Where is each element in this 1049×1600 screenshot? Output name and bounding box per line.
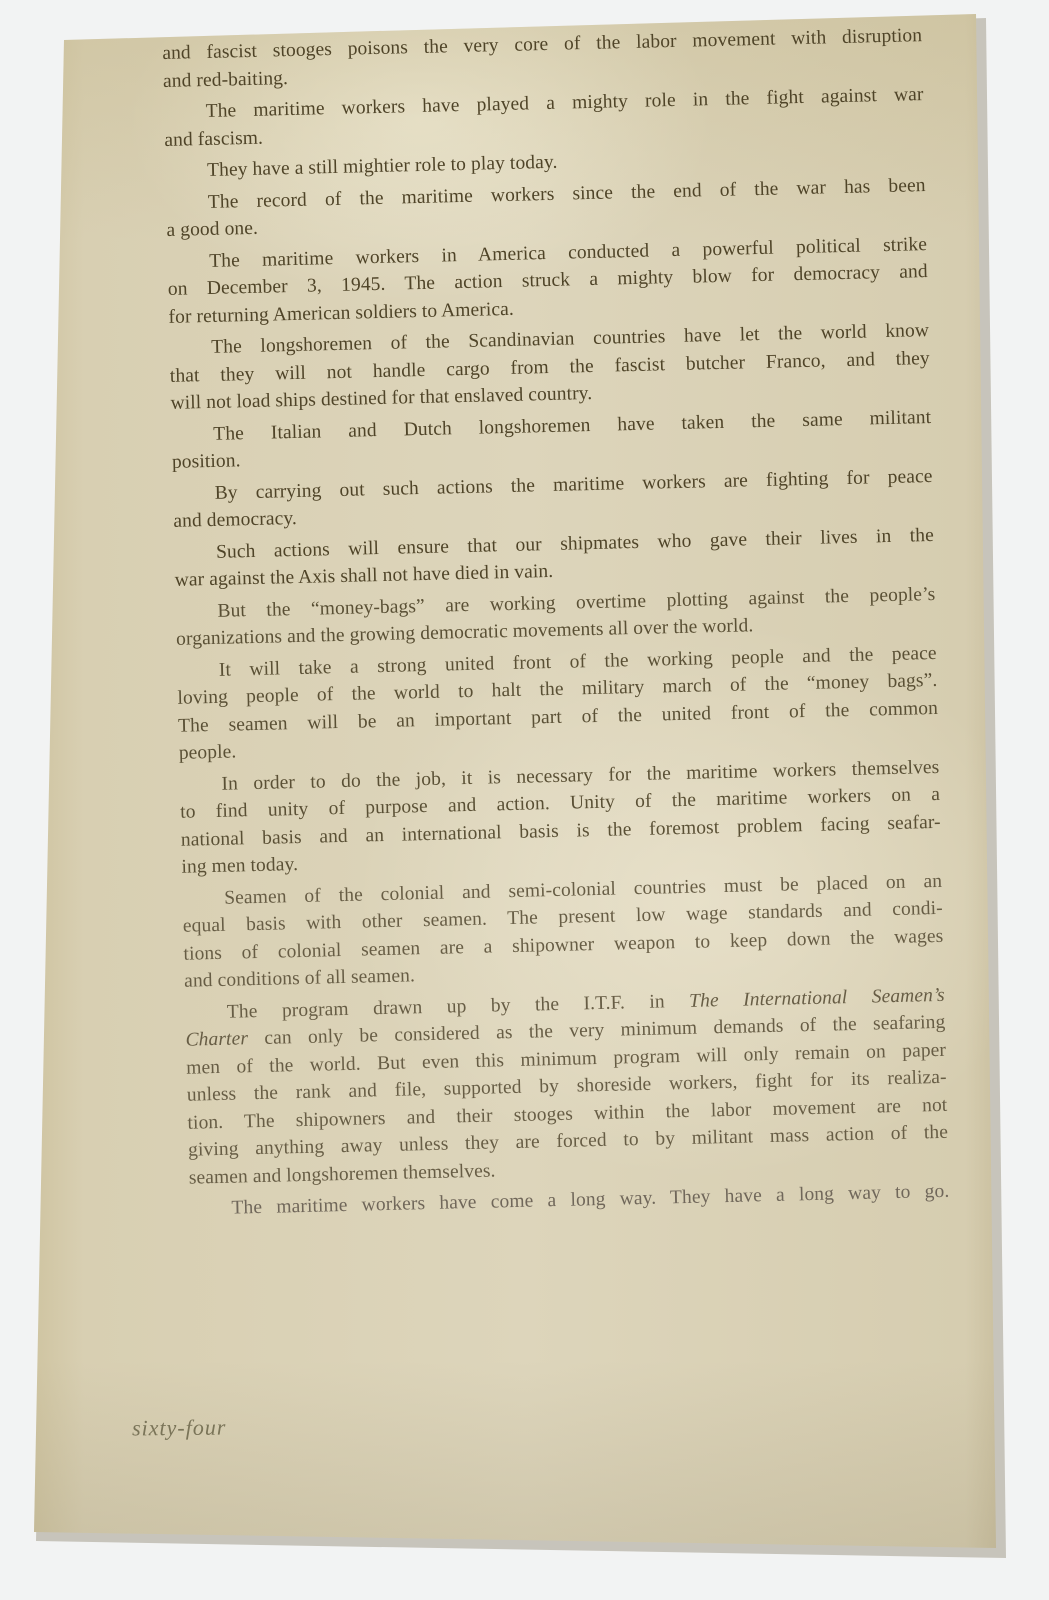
paragraph: The longshoremen of the Scandinavian cou…	[169, 317, 931, 417]
paragraph: The program drawn up by the I.T.F. in Th…	[185, 981, 949, 1191]
body-text: and fascist stooges poisons the very cor…	[162, 22, 950, 1227]
paragraph: In order to do the job, it is necessary …	[179, 753, 941, 881]
book-title-italic: The International Seamen’s	[689, 984, 945, 1011]
page-number: sixty-four	[132, 1415, 227, 1442]
book-title-italic: Charter	[185, 1028, 248, 1050]
paragraph: The maritime workers in America conducte…	[167, 231, 929, 331]
photo-scene: and fascist stooges poisons the very cor…	[0, 0, 1049, 1600]
paragraph: Seamen of the colonial and semi-colonial…	[182, 867, 944, 995]
paragraph: It will take a strong united front of th…	[177, 639, 939, 767]
